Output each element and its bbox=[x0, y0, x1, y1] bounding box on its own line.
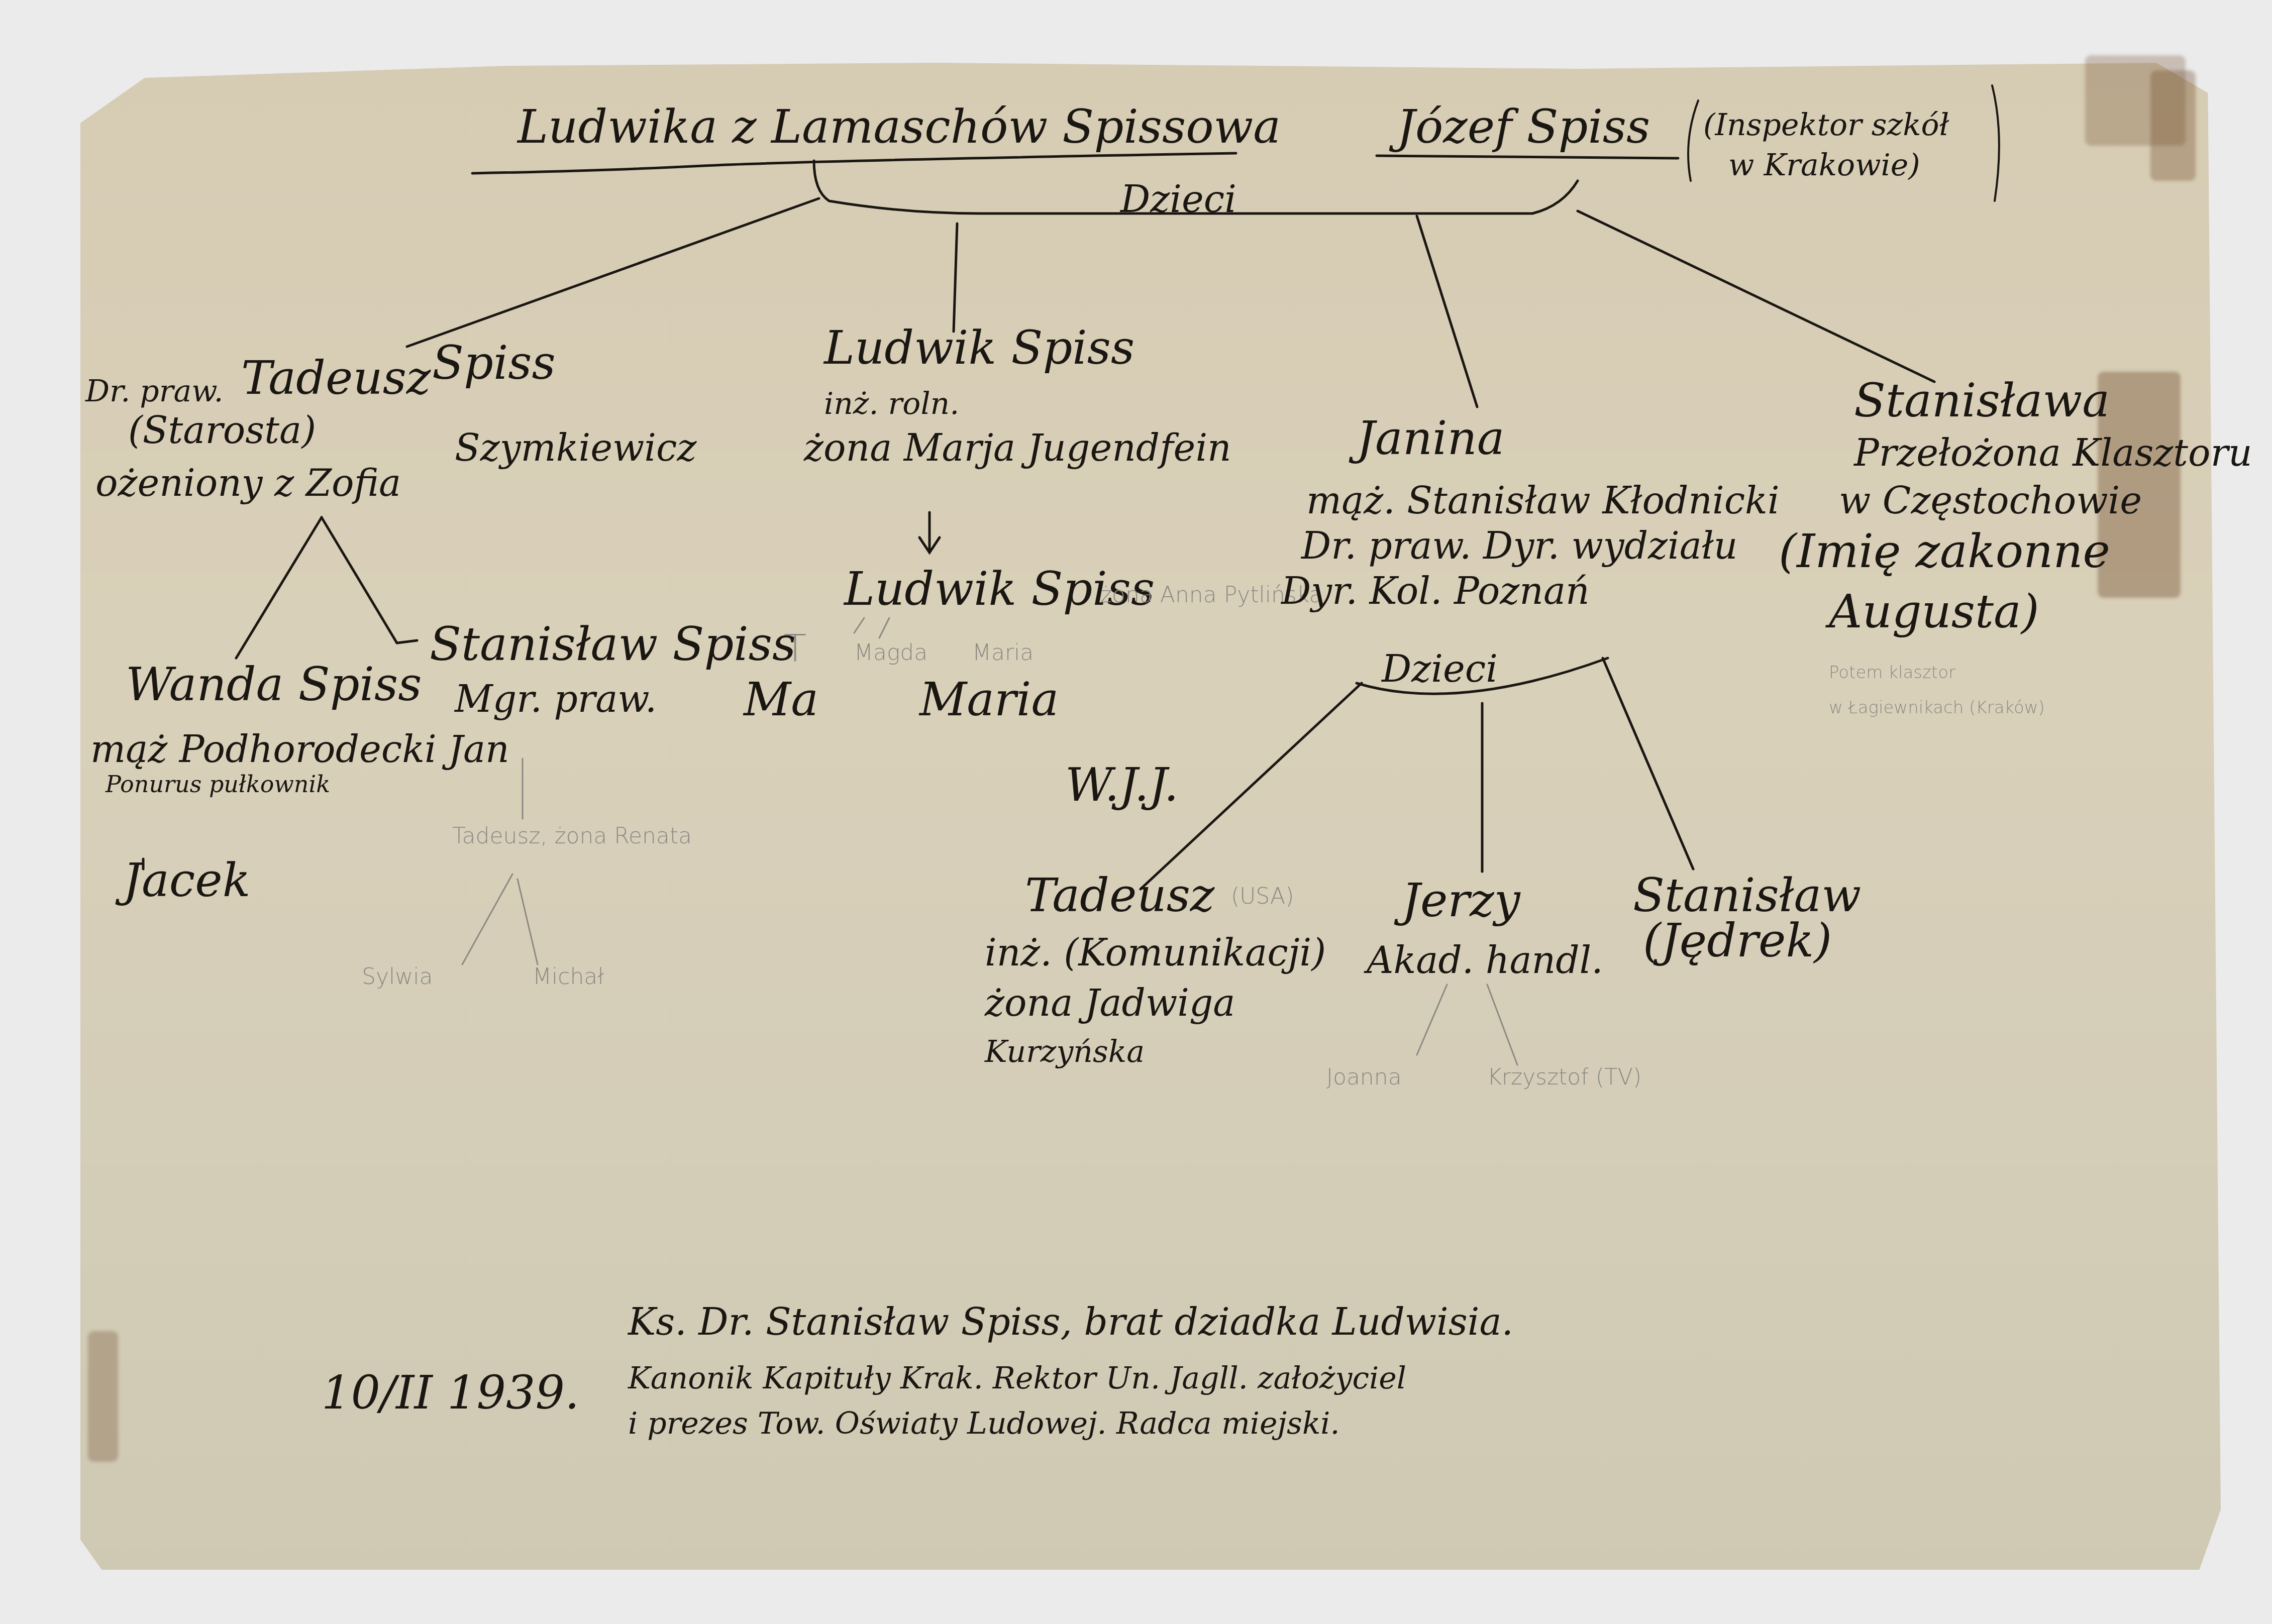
person-surname: Spiss bbox=[432, 337, 556, 390]
footer-line-2: Kanonik Kapituły Krak. Rektor Un. Jagll.… bbox=[628, 1361, 1406, 1396]
religious-name: Augusta) bbox=[1829, 585, 2039, 638]
spouse-rank: Ponurus pułkownik bbox=[106, 771, 330, 798]
ink-mark-maria: Maria bbox=[919, 673, 1059, 726]
pencil-branch-joanna bbox=[1417, 985, 1447, 1055]
father-name: Józef Spiss bbox=[1397, 100, 1650, 154]
document-date: 10/II 1939. bbox=[322, 1366, 579, 1420]
branch-stanislaw-spiss bbox=[322, 517, 417, 643]
spouse-line: mąż Podhorodecki Jan bbox=[90, 728, 509, 771]
pencil-initial: T bbox=[784, 628, 806, 671]
footer-line-3: i prezes Tow. Oświaty Ludowej. Radca mie… bbox=[628, 1406, 1340, 1441]
person-name: Stanisław Spiss bbox=[430, 618, 796, 671]
spouse-surname: Kurzyńska bbox=[985, 1035, 1145, 1069]
pencil-grandchild-sylwia: Sylwia bbox=[362, 964, 433, 990]
spouse-line: żona Marja Jugendfein bbox=[804, 427, 1231, 470]
person-name: Ludwik Spiss bbox=[824, 321, 1134, 375]
pencil-child-magda: Magda bbox=[854, 640, 927, 666]
spouse-line: żona Jadwiga bbox=[985, 982, 1235, 1025]
mother-name: Ludwika z Lamaschów Spissowa bbox=[518, 100, 1281, 154]
pencil-branch-sylwia bbox=[462, 874, 512, 964]
spouse-line: ożeniony z Zofia bbox=[95, 462, 401, 505]
person-name: Jerzy bbox=[1402, 874, 1520, 927]
person-title: (Starosta) bbox=[128, 409, 316, 452]
spouse-position: Dyr. Kol. Poznań bbox=[1281, 570, 1590, 613]
title-prefix: Dr. praw. bbox=[85, 374, 224, 409]
pencil-country-note: (USA) bbox=[1231, 884, 1294, 910]
person-profession: inż. roln. bbox=[824, 387, 959, 421]
pencil-grandchild-michal: Michał bbox=[533, 964, 604, 990]
pencil-child-maria: Maria bbox=[972, 640, 1034, 666]
pencil-branch-krzysztof bbox=[1487, 985, 1517, 1065]
branch-stanislawa bbox=[1578, 211, 1934, 382]
person-degree: Mgr. praw. bbox=[455, 678, 657, 721]
branch-ludwik bbox=[954, 224, 957, 332]
underline-father bbox=[1377, 156, 1678, 158]
children-label: Dzieci bbox=[1120, 178, 1236, 221]
person-position: Przełożona Klasztoru bbox=[1854, 432, 2252, 475]
spouse-title: Dr. praw. Dyr. wydziału bbox=[1301, 525, 1737, 568]
pencil-later-note: Potem klasztor bbox=[1829, 663, 1955, 683]
footer-line-1: Ks. Dr. Stanisław Spiss, brat dziadka Lu… bbox=[628, 1301, 1513, 1344]
grandchild-jacek: Jacek bbox=[123, 854, 250, 907]
person-name: Tadeusz bbox=[1025, 869, 1214, 922]
person-name: Tadeusz bbox=[241, 352, 431, 405]
spouse-surname: Szymkiewicz bbox=[455, 427, 696, 470]
religious-name-line: (Imię zakonne bbox=[1779, 525, 2110, 578]
spouse-line: mąż. Stanisław Kłodnicki bbox=[1306, 480, 1780, 522]
father-occupation: (Inspektor szkół bbox=[1703, 108, 1949, 143]
branch-stanislaw-jedrek bbox=[1603, 658, 1693, 869]
branch-wanda bbox=[236, 517, 322, 658]
branch-tadeusz bbox=[407, 198, 819, 347]
person-location: w Częstochowie bbox=[1839, 480, 2142, 522]
person-profession: inż. (Komunikacji) bbox=[985, 932, 1326, 975]
person-name: Janina bbox=[1357, 412, 1505, 465]
pencil-child-krzysztof: Krzysztof (TV) bbox=[1487, 1065, 1641, 1091]
person-degree: Akad. handl. bbox=[1367, 939, 1603, 982]
underline-mother bbox=[472, 153, 1236, 173]
pencil-later-location: w Łagiewnikach (Kraków) bbox=[1829, 698, 2045, 718]
pencil-child-line: Tadeusz, żona Renata bbox=[452, 824, 692, 849]
person-name: Stanisława bbox=[1854, 374, 2110, 427]
father-location: w Krakowie) bbox=[1728, 148, 1920, 183]
initials-mark: W.J.J. bbox=[1065, 759, 1179, 812]
janina-children-label: Dzieci bbox=[1382, 648, 1498, 691]
pencil-branch-michal bbox=[518, 879, 538, 964]
pencil-child-joanna: Joanna bbox=[1326, 1065, 1402, 1091]
arrow-ludwik bbox=[919, 512, 940, 553]
ink-mark-ma: Ma bbox=[744, 673, 818, 726]
branch-janina bbox=[1417, 216, 1477, 407]
person-nickname: (Jędrek) bbox=[1643, 914, 1832, 967]
person-name: Wanda Spiss bbox=[126, 658, 422, 711]
